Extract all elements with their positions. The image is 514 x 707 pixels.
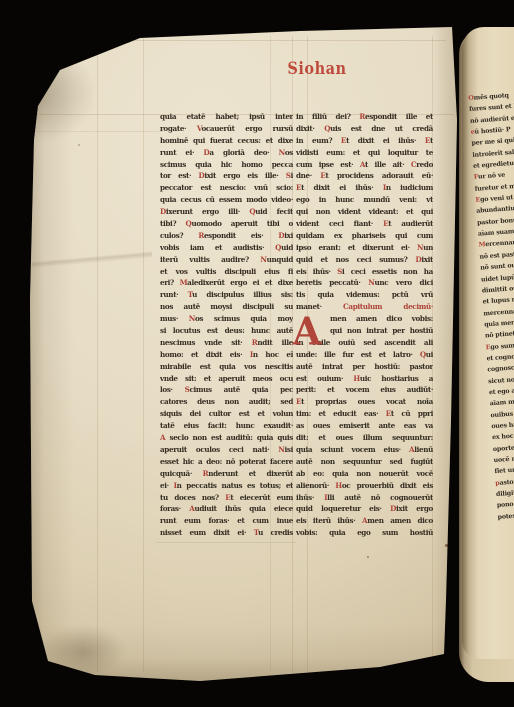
text-line: mirabile est quia vos nescitis: [160, 361, 293, 373]
text-line: scimus quia hic homo pecca: [160, 159, 293, 171]
ink-text: mirabile est quia vos nescitis: [160, 362, 293, 371]
ink-text: est ouium·: [296, 374, 353, 383]
stain: [40, 620, 135, 678]
text-line: tu doces nos? Et eiecerūt eum: [160, 492, 293, 504]
text-line: autē non sequuntur sed fugiūt: [296, 456, 433, 468]
ink-text: t proprias oues vocat noīa: [301, 397, 433, 406]
ink-text: redo: [416, 160, 433, 169]
ink-text: ndit ille: [257, 338, 293, 347]
text-line: siquis dei cultor est et volun: [160, 408, 293, 420]
ink-text: men amen dico vobis:: [330, 314, 433, 323]
ink-text: ab eo: quia non nouerūt vocē: [296, 469, 433, 478]
text-line: autē intrat per hostiū: pastor: [296, 361, 433, 373]
ink-text: nos autē moysi discipuli su: [160, 302, 293, 311]
ink-text: quia etatē habet; ipsū inter: [160, 112, 293, 121]
ink-text: runt eum foras· et cum inue: [160, 516, 293, 525]
ink-text: t cū ppri: [391, 409, 433, 418]
text-line: tim: et educit eas· Et cū ppri: [296, 408, 433, 420]
ink-text: quid et nos ceci sumus?: [296, 255, 415, 264]
text-line: catores deus non audit; sed: [160, 396, 293, 408]
ink-text: u discipulus illius sis:: [192, 290, 293, 299]
rubricated-text: E: [486, 344, 491, 351]
ink-text: vident ceci fiant·: [296, 219, 383, 228]
ink-text: unc vero dici: [374, 278, 433, 287]
ink-text: ixi: [284, 231, 293, 240]
text-line: rogate· Vocauerūt ergo rursū: [160, 123, 293, 135]
text-line: vident ceci fiant· Et audierūt: [296, 218, 433, 230]
ink-text: aledixerūt ergo ei et dixe: [187, 278, 293, 287]
ink-text: u credis: [258, 528, 293, 537]
ink-text: os scimus quia moy: [195, 314, 293, 323]
ink-text: uis est dne ut credā: [330, 124, 433, 133]
text-line: hominē qui fuerat cecus: et dixe: [160, 135, 293, 147]
ink-text: foras·: [160, 504, 189, 513]
text-line: si locutus est deus: hunc autē: [160, 325, 293, 337]
text-line: quia cecus cū essem modo video·: [160, 194, 293, 206]
rubricated-text: M: [478, 242, 485, 249]
rubricated-text: O: [468, 95, 474, 102]
ink-text: quidam ex phariseis qui cum: [296, 231, 433, 240]
text-line: quid et nos ceci sumus? Dixit: [296, 254, 433, 266]
text-line: Et dixit ei ihūs· In iudicium: [296, 182, 433, 194]
text-column-left: quia etatē habet; ipsū interrogate· Voca…: [160, 111, 293, 539]
ruling-line: [86, 40, 446, 41]
text-line: vobis: quia ego sum hostiū: [296, 527, 433, 539]
text-line: dne· Et procidens adorauit eū·: [296, 170, 433, 182]
ink-text: ihūs·: [296, 493, 324, 502]
text-line: Dixerunt ergo illi· Quid fecit: [160, 206, 293, 218]
ink-text: quia sciunt vocem eius·: [296, 445, 409, 454]
text-line: runt· Tu discipulus illius sis:: [160, 289, 293, 301]
text-line: dixit· Quis est dne ut credā: [296, 123, 433, 135]
ink-text: uid: [281, 243, 293, 252]
ink-text: iterū vultis audire?: [160, 255, 260, 264]
ink-text: ixit ergo eis ille·: [204, 171, 285, 180]
ink-text: espondit ille et: [365, 112, 433, 121]
ink-text: dne·: [296, 171, 320, 180]
ink-text: ixerunt ergo illi·: [166, 207, 249, 216]
ink-text: ui: [426, 350, 433, 359]
ink-text: ixit ergo: [396, 504, 433, 513]
ink-text: t: [430, 136, 433, 145]
next-page-text-strip: Omēs quotqfures sunt et lanō audierūt eo…: [468, 87, 514, 523]
text-line: peccator est nescio: vnū scio:: [160, 182, 293, 194]
ink-text: tibi?: [160, 219, 186, 228]
text-line: esset hic a deo: nō poterat facere: [160, 456, 293, 468]
text-line: Et proprias oues vocat noīa: [296, 396, 433, 408]
text-line: ihūs· Illi autē nō cognouerūt: [296, 492, 433, 504]
text-line: ei· In peccatis natus es totus; et: [160, 480, 293, 492]
text-line: eri? Maledixerūt ergo ei et dixe: [160, 277, 293, 289]
ink-text: a gloriā deo·: [209, 148, 278, 157]
text-line: nescimus vnde sit· Rndit ille: [160, 337, 293, 349]
ink-text: nisset eum dixit ei·: [160, 528, 254, 537]
text-line: foras· Audiuit ihūs quia eiece: [160, 503, 293, 515]
ink-text: tim: et educit eas·: [296, 409, 386, 418]
ink-text: t dixit ei ihūs·: [301, 183, 383, 192]
ink-text: quicquā·: [160, 469, 203, 478]
ink-text: oc prouerbiū dixit eis: [342, 481, 433, 490]
ink-text: quid loqueretur eis·: [296, 504, 390, 513]
text-line: A seclo non est auditū: quia quis: [160, 432, 293, 444]
ink-text: perit: et vocem eius audiūt·: [296, 385, 433, 394]
ink-text: uid fecit: [255, 207, 293, 216]
ink-text: uomodo aperuit tibi o: [191, 219, 293, 228]
ink-text: nescimus vnde sit·: [160, 338, 252, 347]
text-line: cum ipse est· At ille ait· Credo: [296, 159, 433, 171]
rubricated-text: E: [475, 197, 480, 204]
text-line: eis ihūs· Si ceci essetis non ha: [296, 266, 433, 278]
ink-text: cum ipse est·: [296, 160, 360, 169]
text-line: tor est· Dixit ergo eis ille· Si: [160, 170, 293, 182]
text-line: dit: et oues illum sequuntur:: [296, 432, 433, 444]
ink-text: ipso erant: et dixerunt ei·: [296, 243, 417, 252]
ink-text: hominē qui fuerat cecus: et dixe: [160, 136, 293, 145]
text-line: in filiū dei? Respondit ille et: [296, 111, 433, 123]
text-line: runt ei· Da gloriā deo· Nos: [160, 147, 293, 159]
ink-text: peccator est nescio: vnū scio:: [160, 183, 293, 192]
parchment-wrinkle: [32, 229, 152, 289]
ink-text: t procidens adorauit eū·: [326, 171, 433, 180]
ink-text: los·: [160, 385, 185, 394]
ink-text: uic hostiarius a: [360, 374, 433, 383]
ink-text: rogate·: [160, 124, 197, 133]
text-line: aperuit oculos ceci nati· Nisi: [160, 444, 293, 456]
ruling-line: [156, 542, 296, 543]
text-line: tatē eius facit: hunc exaudit·: [160, 420, 293, 432]
text-line: est ouium· Huic hostiarius a: [296, 373, 433, 385]
text-line: eis iterū ihūs· Amen amen dico: [296, 515, 433, 527]
text-line: alienorū· Hoc prouerbiū dixit eis: [296, 480, 433, 492]
text-line: quicquā· Rnderunt et dixerūt: [160, 468, 293, 480]
ink-text: qui non intrat per hostiū: [330, 326, 433, 335]
ink-text: cimus autē quia pec: [189, 385, 293, 394]
text-line: perit: et vocem eius audiūt·: [296, 384, 433, 396]
ink-text: n hoc eī: [253, 350, 293, 359]
text-line: tis quia videmus: pctū vrū: [296, 289, 433, 301]
ink-text: mus·: [160, 314, 189, 323]
text-line: in eum? Et dixit ei ihūs· Et: [296, 135, 433, 147]
text-line: quid loqueretur eis· Dixit ergo: [296, 503, 433, 515]
ink-text: eri?: [160, 278, 180, 287]
ink-text: os: [285, 148, 293, 157]
running-title: Siohan: [272, 58, 362, 78]
photograph-background: { "page": { "header": "Siohan", "initial…: [0, 0, 514, 707]
ink-text: scimus quia hic homo pecca: [160, 160, 293, 169]
ink-text: in filiū dei?: [296, 112, 359, 121]
ink-text: beretis peccatū·: [296, 278, 368, 287]
speck: [367, 556, 369, 558]
text-line: mus· Nos scimus quia moy: [160, 313, 293, 325]
ink-text: ego in hunc mundū veni: vt: [296, 195, 433, 204]
page-shading-top-left: [26, 24, 176, 174]
ink-text: si locutus est deus: hunc autē: [160, 326, 293, 335]
ink-text: eis iterū ihūs·: [296, 516, 362, 525]
ink-text: in eum?: [296, 136, 341, 145]
text-line: culos? Respondit eis· Dixi: [160, 230, 293, 242]
text-line: quia etatē habet; ipsū inter: [160, 111, 293, 123]
text-line: vobis iam et audistis· Quid: [160, 242, 293, 254]
ink-text: men amen dico: [367, 516, 433, 525]
ink-text: tu doces nos?: [160, 493, 225, 502]
text-line: homo: et dixit eis· In hoc eī: [160, 349, 293, 361]
rubricated-text: Capitulum decimū·: [343, 302, 433, 311]
rubricated-text: e: [471, 129, 475, 136]
ink-text: ixit: [421, 255, 433, 264]
ink-text: autē intrat per hostiū: pastor: [296, 362, 433, 371]
text-line: vidisti eum: et qui loquitur te: [296, 147, 433, 159]
ink-text: tor est·: [160, 171, 198, 180]
text-line: qui non vident videant: et qui: [296, 206, 433, 218]
text-line: quia sciunt vocem eius· Alienū: [296, 444, 433, 456]
ink-text: udiuit ihūs quia eiece: [194, 504, 293, 513]
ink-text: n peccatis natus es totus; et: [177, 481, 293, 490]
ink-text: ei·: [160, 481, 174, 490]
ink-text: seclo non est auditū: quia quis: [165, 433, 293, 442]
text-line: nos autē moysi discipuli su: [160, 301, 293, 313]
ink-text: as oues emiserit ante eas va: [296, 421, 433, 430]
ink-text: alienorū·: [296, 481, 335, 490]
ink-text: i ceci essetis non ha: [342, 267, 433, 276]
ink-text: siquis dei cultor est et volun: [160, 409, 293, 418]
rubricated-text: p: [495, 479, 500, 486]
ink-text: espondit eis·: [204, 231, 278, 240]
ink-text: nderunt et dixerūt: [208, 469, 293, 478]
ink-text: t dixit ei ihūs·: [346, 136, 425, 145]
ink-text: esset hic a deo: nō poterat facere: [160, 457, 293, 466]
text-line: quidam ex phariseis qui cum: [296, 230, 433, 242]
text-line: iterū vultis audire? Nunquid: [160, 254, 293, 266]
text-line: beretis peccatū· Nunc vero dici: [296, 277, 433, 289]
ink-text: un: [423, 243, 433, 252]
ink-text: runt·: [160, 290, 188, 299]
ink-text: t audierūt: [388, 219, 433, 228]
ink-text: homo: et dixit eis·: [160, 350, 250, 359]
ink-text: vidisti eum: et qui loquitur te: [296, 148, 433, 157]
ink-text: lli autē nō cognouerūt: [327, 493, 433, 502]
text-line: et vos vultis discipuli eius fi: [160, 266, 293, 278]
ink-text: aperuit oculos ceci nati·: [160, 445, 278, 454]
ink-text: culos?: [160, 231, 198, 240]
text-line: nisset eum dixit ei· Tu credis: [160, 527, 293, 539]
ink-text: vobis: quia ego sum hostiū: [296, 528, 433, 537]
ink-text: tis quia videmus: pctū vrū: [296, 290, 433, 299]
ink-text: lienū: [414, 445, 433, 454]
text-line: ego in hunc mundū veni: vt: [296, 194, 433, 206]
text-line: ab eo: quia non nouerūt vocē: [296, 468, 433, 480]
text-line: runt eum foras· et cum inue: [160, 515, 293, 527]
speck: [445, 544, 448, 547]
text-line: los· Scimus autē quia pec: [160, 384, 293, 396]
ink-text: i: [291, 171, 293, 180]
ink-text: tatē eius facit: hunc exaudit·: [160, 421, 293, 430]
text-line: tibi? Quomodo aperuit tibi o: [160, 218, 293, 230]
illuminated-initial-a: A: [289, 311, 325, 353]
ink-text: unquid: [267, 255, 293, 264]
ink-text: isi: [285, 445, 293, 454]
text-line: as oues emiserit ante eas va: [296, 420, 433, 432]
speck: [78, 144, 80, 146]
ink-text: t ille ait·: [365, 160, 411, 169]
ink-text: runt ei·: [160, 148, 203, 157]
text-line: ipso erant: et dixerunt ei· Nun: [296, 242, 433, 254]
ink-text: dit: et oues illum sequuntur:: [296, 433, 433, 442]
ink-text: qui non vident videant: et qui: [296, 207, 433, 216]
ink-text: vnde sit: et aperuit meos ocu: [160, 374, 293, 383]
ink-text: eis ihūs·: [296, 267, 337, 276]
rubricated-text: F: [474, 174, 479, 181]
ink-text: dixit·: [296, 124, 324, 133]
next-page: Omēs quotqfures sunt et lanō audierūt eo…: [462, 27, 514, 659]
ink-text: vobis iam et audistis·: [160, 243, 275, 252]
ink-text: ocauerūt ergo rursū: [201, 124, 293, 133]
ink-text: n iudicium: [386, 183, 433, 192]
ruling-line: [36, 131, 164, 132]
text-line: vnde sit: et aperuit meos ocu: [160, 373, 293, 385]
ink-text: quia cecus cū essem modo video·: [160, 195, 293, 204]
ink-text: catores deus non audit; sed: [160, 397, 293, 406]
ink-text: autē non sequuntur sed fugiūt: [296, 457, 433, 466]
ink-text: t eiecerūt eum: [230, 493, 293, 502]
manuscript-page: Siohan quia etatē habet; ipsū interrogat…: [26, 24, 458, 684]
ink-text: et vos vultis discipuli eius fi: [160, 267, 293, 276]
